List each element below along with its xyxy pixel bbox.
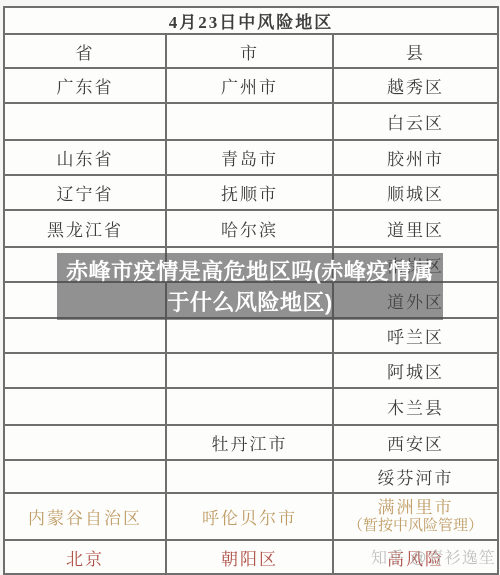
article-title-line-1: 赤峰市疫情是高危地区吗(赤峰疫情属: [66, 256, 434, 287]
table-row: 黑龙江省 哈尔滨 道里区: [4, 210, 498, 247]
cell-province: [4, 103, 166, 140]
cell-city: [166, 318, 333, 353]
article-title-overlay: 赤峰市疫情是高危地区吗(赤峰疫情属 于什么风险地区): [57, 253, 443, 320]
cell-province: [4, 318, 166, 353]
cell-county: 绥芬河市: [333, 460, 498, 493]
table-row: 山东省 青岛市 胶州市: [4, 140, 498, 175]
table-row: 辽宁省 抚顺市 顺城区: [4, 175, 498, 210]
table-title: 4月23日中风险地区: [4, 7, 498, 34]
cell-province: [4, 388, 166, 425]
cell-city: [166, 353, 333, 388]
cell-county: 满洲里市 （暂按中风险管理）: [333, 493, 498, 540]
table-row: 白云区: [4, 103, 498, 140]
cell-county: 木兰县: [333, 388, 498, 425]
cell-city: 哈尔滨: [166, 210, 333, 247]
cell-county: 胶州市: [333, 140, 498, 175]
risk-area-table-image: 4月23日中风险地区 省 市 县 广东省 广州市 越秀区 白云区 山东省 青岛市…: [0, 0, 500, 575]
header-city: 市: [166, 34, 333, 68]
cell-county: 阿城区: [333, 353, 498, 388]
cell-city: 广州市: [166, 68, 333, 103]
cell-city: 牡丹江市: [166, 425, 333, 460]
cell-county: 西安区: [333, 425, 498, 460]
cell-city: [166, 103, 333, 140]
header-county: 县: [333, 34, 498, 68]
cell-county-note: （暂按中风险管理）: [334, 518, 497, 535]
cell-city: [166, 460, 333, 493]
cell-city: 呼伦贝尔市: [166, 493, 333, 540]
cell-city: [166, 388, 333, 425]
table-header-row: 省 市 县: [4, 34, 498, 68]
cell-city: 朝阳区: [166, 540, 333, 574]
cell-province: [4, 353, 166, 388]
table-row-inner-mongolia: 内蒙谷自治区 呼伦贝尔市 满洲里市 （暂按中风险管理）: [4, 493, 498, 540]
cell-county-main: 满洲里市: [334, 498, 497, 518]
table-title-row: 4月23日中风险地区: [4, 7, 498, 34]
cell-province: 辽宁省: [4, 175, 166, 210]
cell-county: 白云区: [333, 103, 498, 140]
cell-province: 黑龙江省: [4, 210, 166, 247]
table-row: 木兰县: [4, 388, 498, 425]
cell-county: 越秀区: [333, 68, 498, 103]
cell-province: [4, 425, 166, 460]
header-province: 省: [4, 34, 166, 68]
table-row: 呼兰区: [4, 318, 498, 353]
table-row: 绥芬河市: [4, 460, 498, 493]
zhihu-watermark: 知乎 @青衫逸笙: [371, 545, 496, 568]
cell-province: [4, 460, 166, 493]
cell-county: 道里区: [333, 210, 498, 247]
cell-province: 山东省: [4, 140, 166, 175]
article-title-line-2: 于什么风险地区): [167, 287, 332, 318]
table-row: 牡丹江市 西安区: [4, 425, 498, 460]
cell-city: 青岛市: [166, 140, 333, 175]
table-row: 阿城区: [4, 353, 498, 388]
cell-county: 顺城区: [333, 175, 498, 210]
cell-province: 内蒙谷自治区: [4, 493, 166, 540]
cell-city: 抚顺市: [166, 175, 333, 210]
table-row: 广东省 广州市 越秀区: [4, 68, 498, 103]
cell-county: 呼兰区: [333, 318, 498, 353]
cell-province: 北京: [4, 540, 166, 574]
cell-province: 广东省: [4, 68, 166, 103]
